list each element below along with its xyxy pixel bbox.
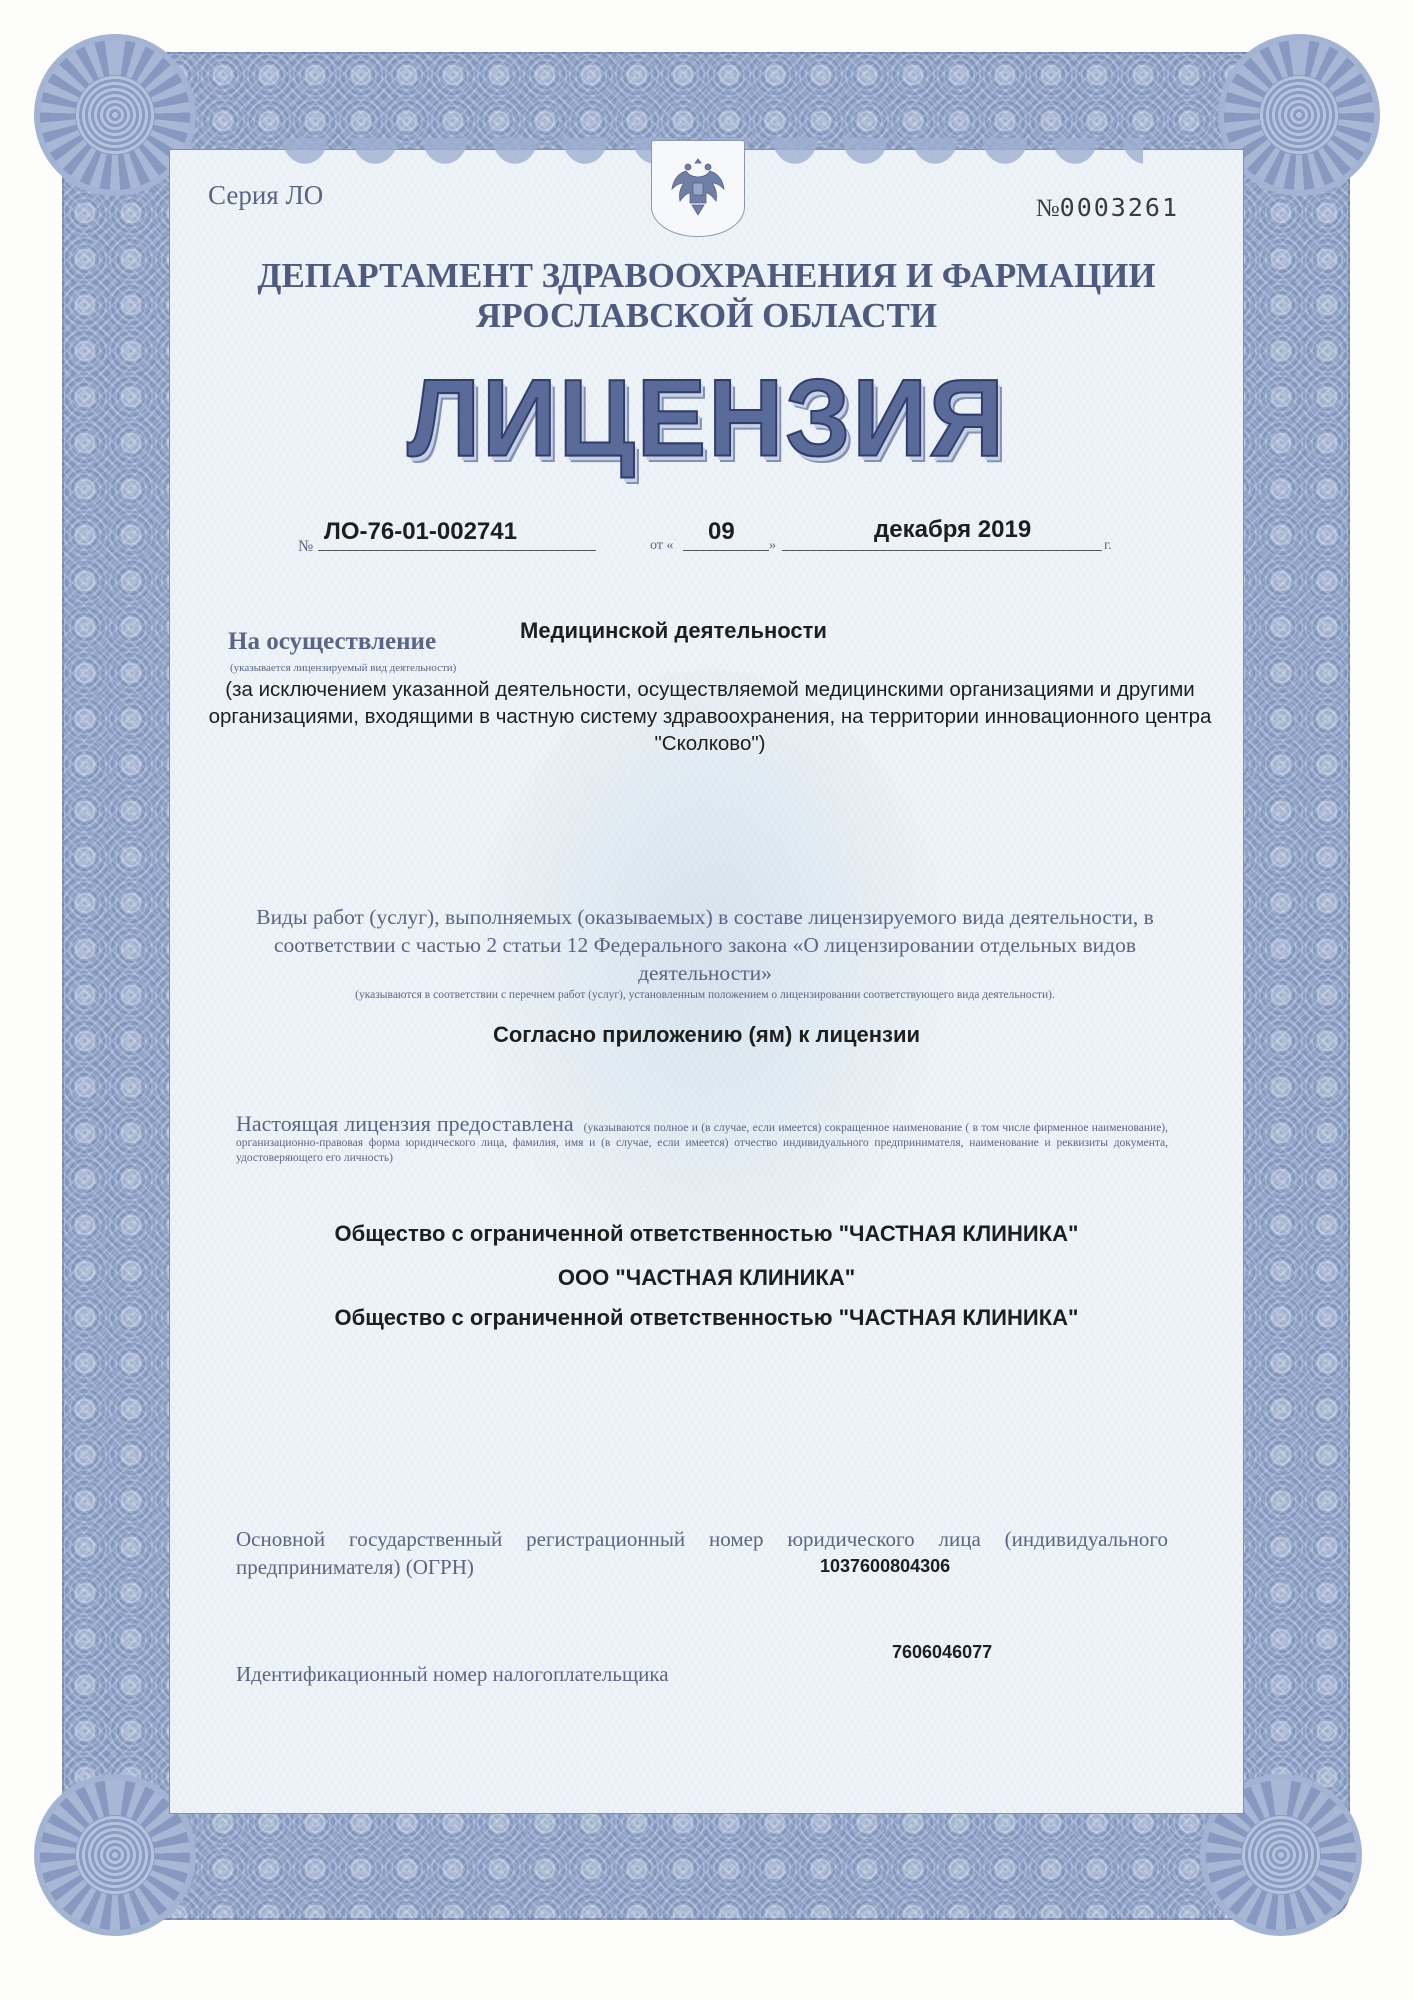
authority-line-1: ДЕПАРТАМЕНТ ЗДРАВООХРАНЕНИЯ И ФАРМАЦИИ (170, 256, 1243, 296)
licensee-brand-name: Общество с ограниченной ответственностью… (170, 1305, 1243, 1331)
series-label: Серия ЛО (208, 180, 323, 211)
works-hint: (указываются в соответствии с перечнем р… (240, 988, 1170, 1002)
number-label: № (298, 538, 313, 556)
serial-number: №0003261 (1036, 193, 1179, 223)
from-label: от « (650, 538, 673, 554)
licensee-label: Настоящая лицензия предоставлена (236, 1111, 574, 1136)
coat-of-arms-icon (651, 140, 745, 237)
document-title: ЛИЦЕНЗИЯ (170, 357, 1243, 482)
activity-hint: (указывается лицензируемый вид деятельно… (230, 662, 456, 674)
license-number-row: № ЛО-76-01-002741 от « 09 » декабря 2019… (298, 510, 1118, 560)
issuing-authority: ДЕПАРТАМЕНТ ЗДРАВООХРАНЕНИЯ И ФАРМАЦИИ Я… (170, 256, 1243, 336)
inn-label: Идентификационный номер налогоплательщик… (236, 1662, 669, 1687)
corner-rosette (1224, 40, 1374, 190)
works-label: Виды работ (услуг), выполняемых (оказыва… (225, 903, 1185, 987)
ogrn-value: 1037600804306 (820, 1556, 950, 1577)
license-number: ЛО-76-01-002741 (324, 518, 517, 546)
corner-rosette (40, 40, 190, 190)
year-suffix: г. (1104, 538, 1112, 554)
activity-value: Медицинской деятельности (520, 618, 827, 644)
licensee-full-name: Общество с ограниченной ответственностью… (170, 1221, 1243, 1247)
ogrn-label: Основной государственный регистрационный… (236, 1525, 1168, 1581)
authority-line-2: ЯРОСЛАВСКОЙ ОБЛАСТИ (170, 296, 1243, 336)
activity-exclusion: (за исключением указанной деятельности, … (190, 676, 1230, 757)
license-month-year: декабря 2019 (874, 516, 1031, 544)
licensee-short-name: ООО "ЧАСТНАЯ КЛИНИКА" (170, 1265, 1243, 1291)
license-day: 09 (708, 518, 735, 546)
number-sign: № (1036, 195, 1060, 222)
double-headed-eagle-icon (666, 153, 730, 225)
serial-number-value: 0003261 (1060, 193, 1179, 222)
works-value: Согласно приложению (ям) к лицензии (170, 1022, 1243, 1048)
inn-value: 7606046077 (892, 1642, 992, 1663)
day-close-quote: » (769, 538, 776, 554)
licensee-label-block: Настоящая лицензия предоставлена (указыв… (236, 1116, 1168, 1166)
corner-rosette (40, 1780, 190, 1930)
activity-label: На осуществление (228, 628, 436, 656)
